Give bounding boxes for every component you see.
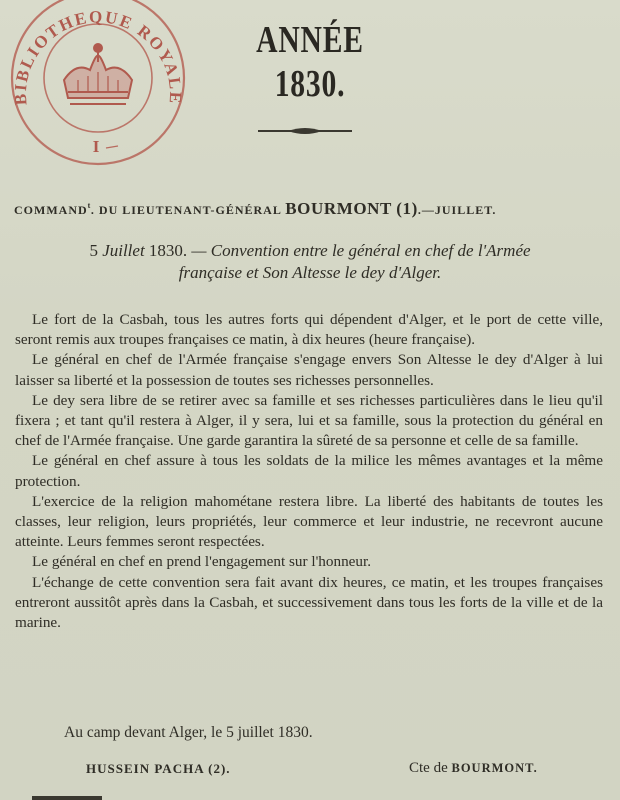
crown-icon xyxy=(64,44,132,104)
heading-name: BOURMONT xyxy=(285,199,392,218)
paragraph: Le général en chef en prend l'engagement… xyxy=(15,552,603,572)
heading-middle: . DU LIEUTENANT-GÉNÉRAL xyxy=(91,203,285,217)
paragraph: L'échange de cette convention sera fait … xyxy=(15,573,603,634)
signature-prefix: Cte de xyxy=(409,760,452,776)
paragraph: Le fort de la Casbah, tous les autres fo… xyxy=(15,310,603,350)
signature-bourmont: Cte de BOURMONT. xyxy=(409,760,538,777)
subheading-text-1: — Convention entre le général en chef de… xyxy=(191,241,530,260)
convention-subheading: 5 Juillet 1830. — Convention entre le gé… xyxy=(14,240,606,284)
subheading-line-1: 5 Juillet 1830. — Convention entre le gé… xyxy=(14,240,606,262)
place-and-date: Au camp devant Alger, le 5 juillet 1830. xyxy=(64,724,313,742)
divider-ornament xyxy=(258,126,352,136)
signature-name: BOURMONT. xyxy=(452,761,538,775)
paragraph: Le général en chef assure à tous les sol… xyxy=(15,451,603,491)
subheading-day: 5 xyxy=(89,241,98,260)
convention-body: Le fort de la Casbah, tous les autres fo… xyxy=(15,310,603,633)
svg-text:I: I xyxy=(93,137,100,156)
section-heading: COMMANDt. DU LIEUTENANT-GÉNÉRAL BOURMONT… xyxy=(14,199,610,219)
subheading-month: Juillet xyxy=(102,241,144,260)
paragraph: Le général en chef de l'Armée française … xyxy=(15,350,603,390)
paragraph: L'exercice de la religion mahométane res… xyxy=(15,492,603,553)
heading-prefix: COMMAND xyxy=(14,203,88,217)
heading-suffix: .—JUILLET. xyxy=(418,203,496,217)
subheading-text-2: française et Son Altesse le dey d'Alger. xyxy=(14,262,606,284)
signature-hussein-pacha: HUSSEIN PACHA (2). xyxy=(86,761,231,777)
library-stamp: BIBLIOTHEQUE ROYALE I xyxy=(8,0,188,170)
subheading-year: 1830. xyxy=(149,241,187,260)
footnote-ref: (1) xyxy=(396,199,418,218)
paragraph: Le dey sera libre de se retirer avec sa … xyxy=(15,391,603,452)
page-title: ANNÉE 1830. xyxy=(224,18,396,106)
scanned-page: BIBLIOTHEQUE ROYALE I ANNÉE 1830. COMMAN… xyxy=(0,0,620,800)
bottom-rule xyxy=(32,796,102,800)
